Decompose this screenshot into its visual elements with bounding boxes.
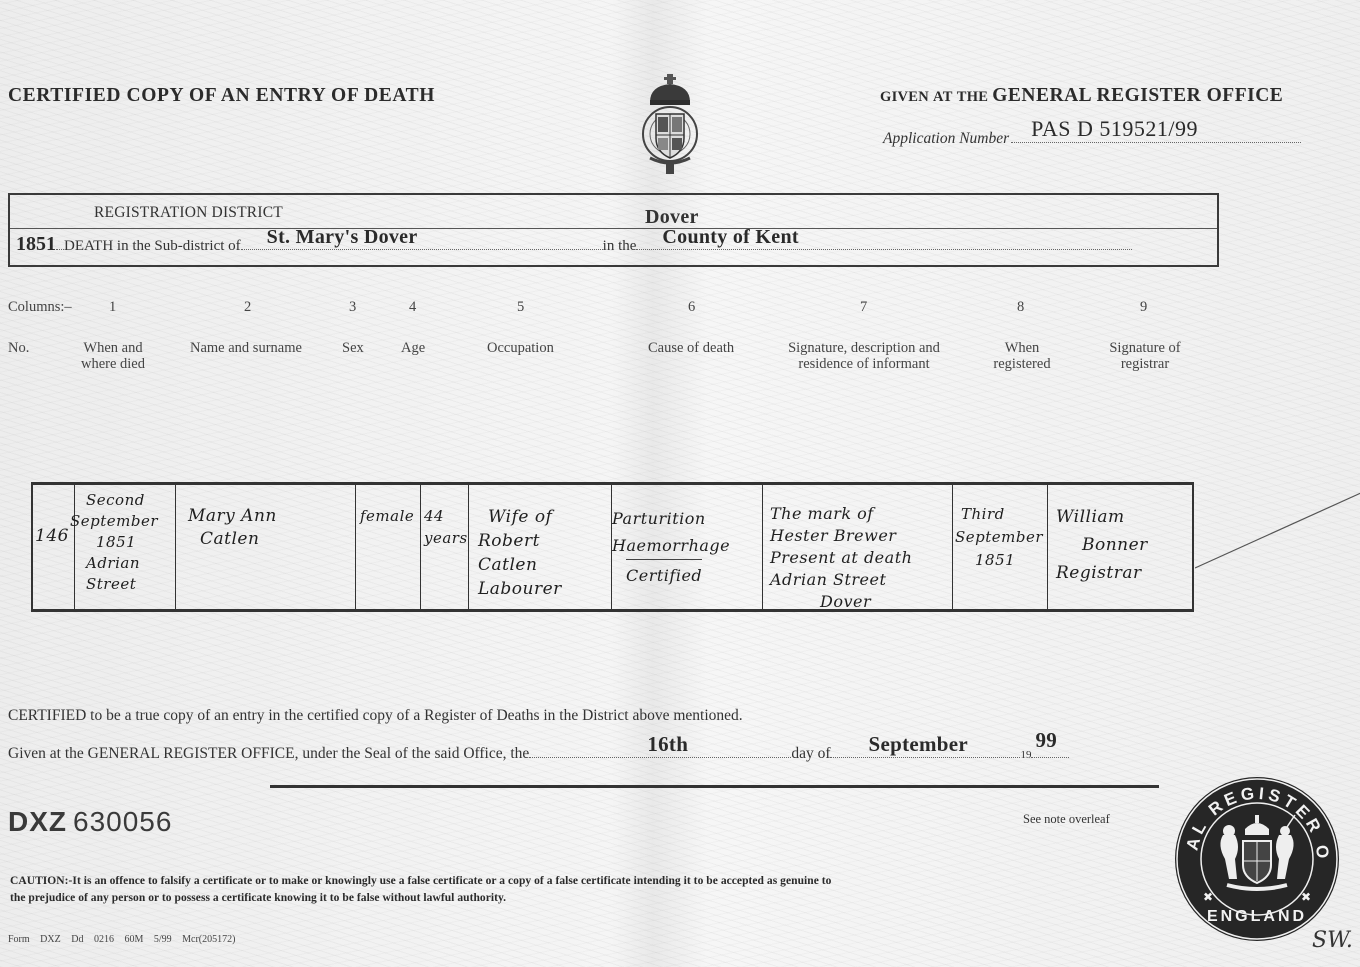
age-line: years [424,527,468,549]
header-when-registered-line2: registered [988,356,1056,372]
registration-district-label: REGISTRATION DISTRICT [94,204,283,222]
registrar-line: William [1056,503,1148,531]
columns-label: Columns:– [8,299,72,316]
header-name: Name and surname [190,340,302,356]
registrar-line: Registrar [1056,559,1148,587]
header-no: No. [8,340,29,356]
header-when-registered: When registered [988,340,1056,372]
header-when-registered-line1: When [988,340,1056,356]
svg-text:ENGLAND: ENGLAND [1207,908,1307,925]
day-of-label: day of [791,745,830,763]
column-number-2: 2 [244,299,251,316]
clerk-initials: SW. [1312,928,1353,953]
subdistrict-row: 1851 DEATH in the Sub-district of St. Ma… [16,232,1212,258]
when-line: Second [86,490,158,511]
certified-statement: CERTIFIED to be a true copy of an entry … [8,707,743,725]
entry-informant: The mark of Hester Brewer Present at dea… [770,503,912,613]
column-divider [1047,485,1048,609]
day-value: 16th [647,732,688,757]
signature-rule [270,785,1159,788]
year-dotfill [56,232,64,250]
occupation-line: Wife of [488,505,562,529]
serial-number: 630056 [73,806,172,837]
subdistrict-field: St. Mary's Dover [241,232,603,250]
where-line: Street [86,574,158,595]
svg-text:✖: ✖ [1301,890,1311,904]
header-sex: Sex [342,340,364,356]
header-when-where-line1: When and [72,340,154,356]
royal-crest-icon [636,72,704,176]
name-line: Catlen [200,528,277,551]
when-line: 1851 [96,532,158,553]
header-informant-line1: Signature, description and [784,340,944,356]
entry-sex: female [360,505,414,528]
see-note-overleaf: See note overleaf [1023,812,1110,827]
registered-line: 1851 [975,549,1043,572]
header-when-where-line2: where died [72,356,154,372]
registered-line: Third [961,503,1043,526]
column-divider [175,485,176,609]
office-name: GENERAL REGISTER OFFICE [992,85,1283,106]
column-divider [74,485,75,609]
given-at-heading: GIVEN AT THE GENERAL REGISTER OFFICE [880,85,1283,107]
application-number-label: Application Number [883,130,1009,148]
registered-line: September [955,526,1043,549]
century-label: 19 [1020,749,1031,761]
column-number-5: 5 [517,299,524,316]
subdistrict-label: DEATH in the Sub-district of [64,238,241,255]
entry-registrar: William Bonner Registrar [1056,503,1148,587]
cause-certified: Certified [626,559,702,589]
column-number-1: 1 [109,299,116,316]
informant-line: Present at death [770,547,912,569]
entry-number: 146 [35,525,69,548]
column-number-8: 8 [1017,299,1024,316]
column-number-4: 4 [409,299,416,316]
application-number-value: PAS D 519521/99 [1031,116,1198,142]
header-occupation: Occupation [487,340,554,356]
month-field: September [830,738,1020,758]
column-number-6: 6 [688,299,695,316]
when-line: September [70,511,158,532]
column-divider [355,485,356,609]
column-divider [420,485,421,609]
informant-line: Dover [820,591,912,613]
application-number-row: Application Number PAS D 519521/99 [883,130,1301,148]
column-number-9: 9 [1140,299,1147,316]
header-when-where: When and where died [72,340,154,372]
column-divider [762,485,763,609]
header-informant-line2: residence of informant [784,356,944,372]
occupation-line: Catlen [478,553,562,577]
column-divider [952,485,953,609]
column-number-3: 3 [349,299,356,316]
subdistrict-value: St. Mary's Dover [267,226,418,249]
year-field: 99 [1031,738,1069,758]
county-value: County of Kent [662,226,798,249]
header-registrar-line2: registrar [1104,356,1186,372]
age-line: 44 [424,505,468,527]
svg-text:✖: ✖ [1203,890,1213,904]
cause-line: Parturition [612,505,730,532]
gro-seal-icon: GENERAL REGISTER OFFICE ENGLAND ✖ ✖ [1173,775,1341,943]
header-cause: Cause of death [648,340,734,356]
informant-line: The mark of [770,503,912,525]
informant-line: Hester Brewer [770,525,912,547]
where-line: Adrian [86,553,158,574]
the-word: THE [957,89,989,105]
certificate-serial: DXZ630056 [8,806,172,838]
entry-name: Mary Ann Catlen [188,505,277,551]
in-the-label: in the [603,238,637,255]
entry-when-registered: Third September 1851 [955,503,1043,572]
death-year: 1851 [16,233,56,256]
header-age: Age [401,340,425,356]
occupation-line: Labourer [478,577,562,601]
serial-prefix: DXZ [8,806,67,837]
name-line: Mary Ann [188,505,277,528]
given-under-seal-text: Given at the GENERAL REGISTER OFFICE, un… [8,745,529,763]
document-title: CERTIFIED COPY OF AN ENTRY OF DEATH [8,85,435,107]
given-word: GIVEN [880,89,929,105]
entry-age: 44 years [424,505,468,549]
county-field: County of Kent [636,232,1132,250]
year-value: 99 [1035,728,1057,753]
caution-notice: CAUTION:-It is an offence to falsify a c… [10,873,840,907]
month-value: September [868,732,968,757]
cause-line: Haemorrhage [612,532,730,559]
district-box-divider [10,228,1217,229]
entry-cause: Parturition Haemorrhage Certified [612,505,730,589]
informant-line: Adrian Street [770,569,912,591]
given-under-seal-row: Given at the GENERAL REGISTER OFFICE, un… [8,738,1069,766]
column-divider [468,485,469,609]
column-headers-row: No. When and where died Name and surname… [0,340,1360,380]
header-registrar: Signature of registrar [1104,340,1186,372]
day-field: 16th [529,738,791,758]
at-word: AT [933,89,953,105]
occupation-line: Robert [478,529,562,553]
header-registrar-line1: Signature of [1104,340,1186,356]
diagonal-cancel-line [1195,490,1360,570]
header-informant: Signature, description and residence of … [784,340,944,372]
entry-when-where: Second September 1851 Adrian Street [86,490,158,595]
registrar-line: Bonner [1082,531,1148,559]
form-code: Form DXZ Dd 0216 60M 5/99 Mcr(205172) [8,934,235,945]
column-number-7: 7 [860,299,867,316]
entry-occupation: Wife of Robert Catlen Labourer [478,505,562,601]
application-number-field: PAS D 519521/99 [1011,142,1301,143]
column-numbers-row: Columns:– 1 2 3 4 5 6 7 8 9 [0,299,1360,319]
